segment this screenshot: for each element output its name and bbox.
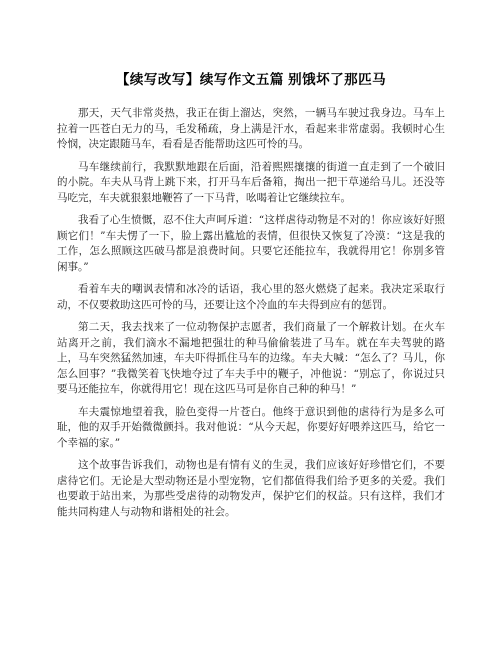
paragraph: 这个故事告诉我们，动物也是有情有义的生灵，我们应该好好珍惜它们，不要虐待它们。无… bbox=[57, 458, 445, 520]
document-body: 那天，天气非常炎热，我正在街上溜达，突然，一辆马车驶过我身边。马车上拉着一匹苍白… bbox=[57, 106, 445, 520]
document-page: 【续写改写】续写作文五篇 别饿坏了那匹马 那天，天气非常炎热，我正在街上溜达，突… bbox=[0, 0, 502, 649]
paragraph: 我看了心生愤慨，忍不住大声呵斥道：“这样虐待动物是不对的！你应该好好照顾它们！”… bbox=[57, 213, 445, 275]
paragraph: 那天，天气非常炎热，我正在街上溜达，突然，一辆马车驶过我身边。马车上拉着一匹苍白… bbox=[57, 106, 445, 153]
paragraph: 第二天，我去找来了一位动物保护志愿者，我们商量了一个解救计划。在火车站离开之前，… bbox=[57, 320, 445, 398]
paragraph: 车夫震惊地望着我，脸色变得一片苍白。他终于意识到他的虐待行为是多么可耻，他的双手… bbox=[57, 405, 445, 452]
paragraph: 看着车夫的嘲讽表情和冰冷的话语，我心里的怒火燃烧了起来。我决定采取行动，不仅要救… bbox=[57, 282, 445, 313]
document-title: 【续写改写】续写作文五篇 别饿坏了那匹马 bbox=[57, 71, 445, 89]
paragraph: 马车继续前行，我默默地跟在后面，沿着熙熙攘攘的街道一直走到了一个破旧的小院。车夫… bbox=[57, 160, 445, 207]
